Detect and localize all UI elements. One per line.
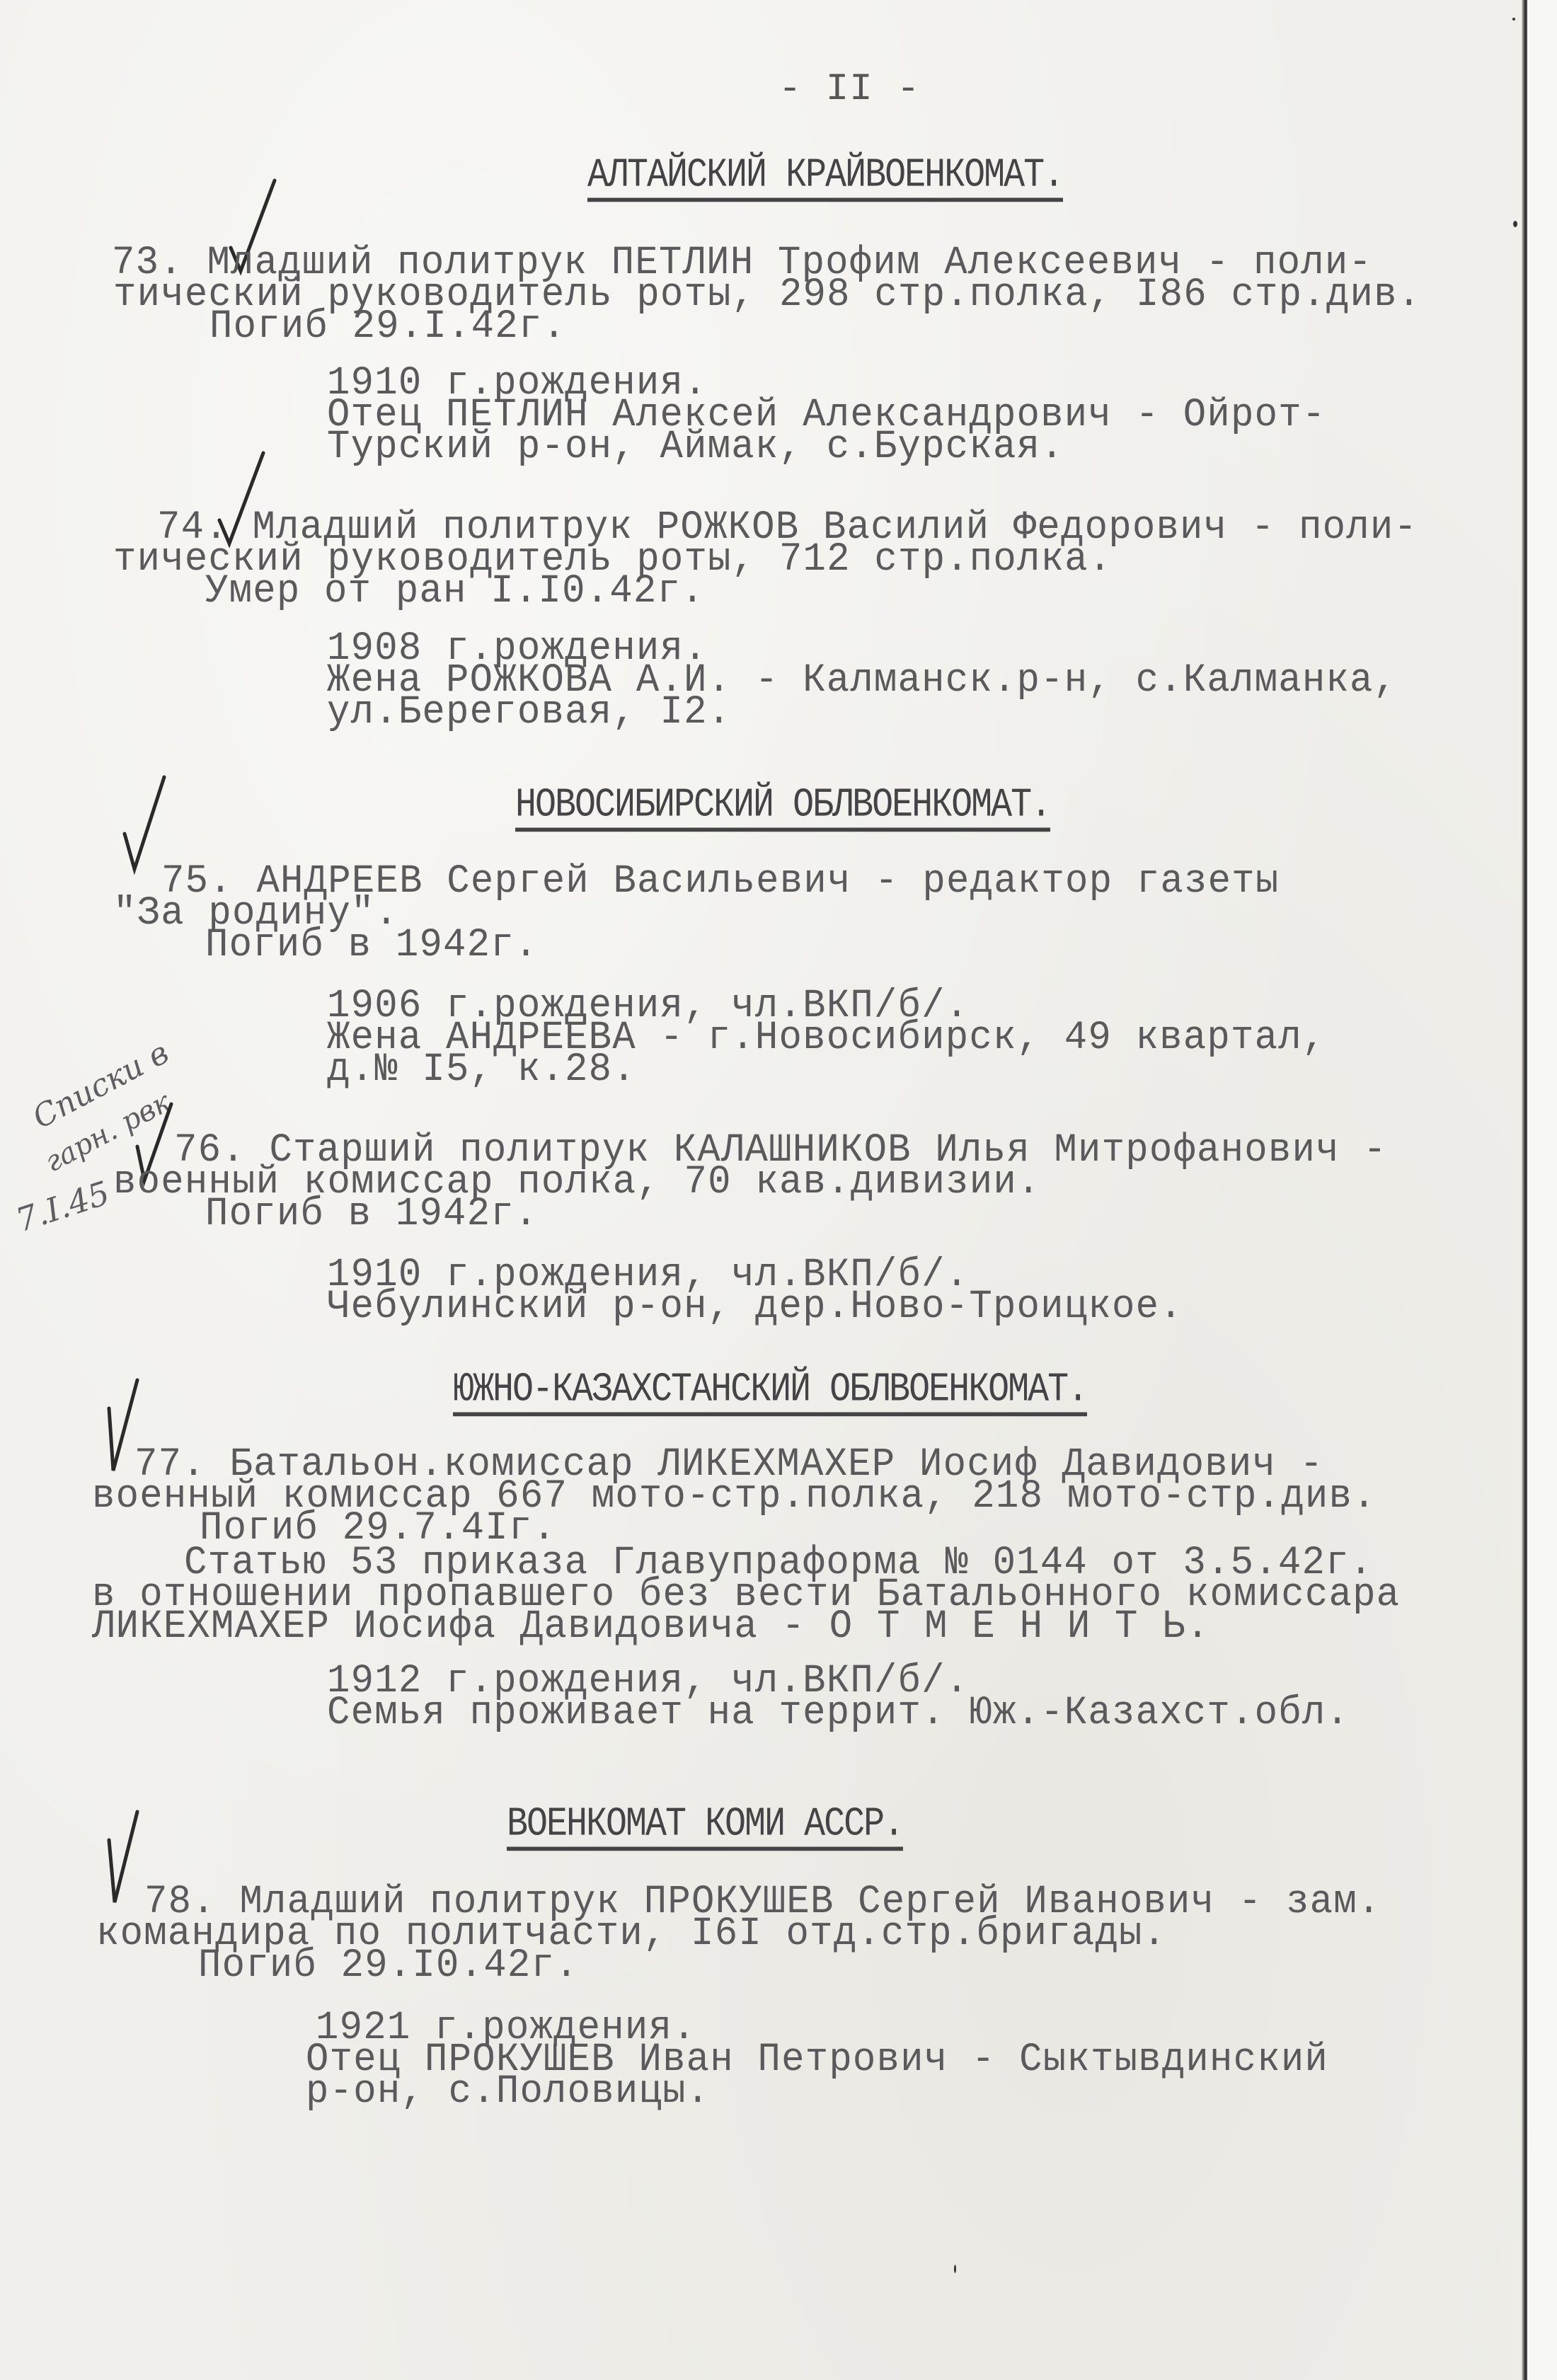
checkmark-icon [120, 777, 177, 869]
paper-speck [1513, 221, 1517, 227]
entry-77-order-3: ЛИКЕХМАХЕР Иосифа Давидовича - О Т М Е Н… [92, 1610, 1210, 1644]
section-heading-altai: АЛТАЙСКИЙ КРАЙВОЕНКОМАТ. [587, 157, 1063, 202]
entry-78-line-3: Погиб 29.I0.42г. [198, 1949, 579, 1983]
page-number: - II - [778, 68, 920, 111]
paper-speck [954, 2265, 956, 2273]
entry-76-line-3: Погиб в 1942г. [205, 1197, 538, 1231]
checkmark-icon [106, 1812, 149, 1904]
page-edge-shadow [1522, 0, 1527, 2380]
entry-73-line-3: Погиб 29.I.42г. [209, 310, 566, 344]
entry-73-detail-3: Турский р-он, Аймак, с.Бурская. [327, 430, 1064, 464]
section-heading-south-kazakhstan: ЮЖНО-КАЗАХСТАНСКИЙ ОБЛВОЕНКОМАТ. [453, 1372, 1087, 1416]
section-heading-novosibirsk: НОВОСИБИРСКИЙ ОБЛВОЕНКОМАТ. [515, 787, 1050, 832]
entry-76-detail-2: Чебулинский р-он, дер.Ново-Троицкое. [327, 1290, 1183, 1324]
entry-77-detail-2: Семья проживает на террит. Юж.-Казахст.о… [327, 1696, 1350, 1730]
section-heading-komi: ВОЕНКОМАТ КОМИ АССР. [507, 1806, 903, 1851]
entry-text: АНДРЕЕВ Сергей Васильевич - редактор газ… [256, 859, 1279, 904]
entry-78-detail-3: р-он, с.Половицы. [306, 2075, 710, 2109]
scan-margin [1527, 0, 1557, 2380]
entry-74-line-3: Умер от ран I.I0.42г. [205, 575, 705, 609]
paper-speck [1512, 18, 1515, 21]
entry-75-detail-3: д.№ I5, к.28. [327, 1053, 636, 1087]
entry-75-line-3: Погиб в 1942г. [205, 929, 538, 962]
entry-74-detail-3: ул.Береговая, I2. [327, 696, 731, 730]
